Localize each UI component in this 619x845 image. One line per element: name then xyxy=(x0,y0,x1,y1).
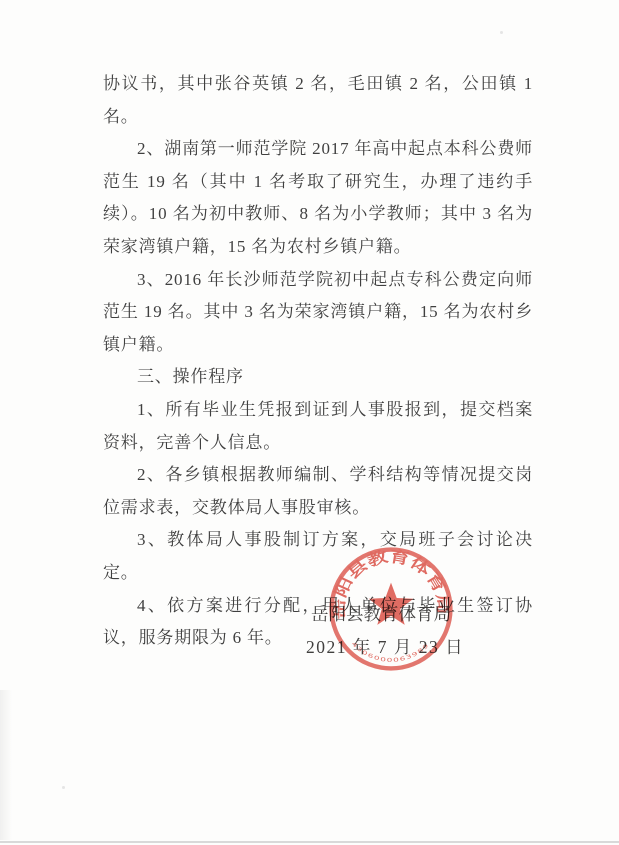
scanned-document-page: 协议书，其中张谷英镇 2 名，毛田镇 2 名，公田镇 1 名。 2、湖南第一师范… xyxy=(0,0,619,845)
body-paragraph: 1、所有毕业生凭报到证到人事股报到，提交档案资料，完善个人信息。 xyxy=(103,394,533,459)
official-seal: 岳阳县教育体育局 4306000063989 xyxy=(327,545,455,673)
star-icon xyxy=(369,583,413,625)
body-paragraph: 协议书，其中张谷英镇 2 名，毛田镇 2 名，公田镇 1 名。 xyxy=(103,68,533,133)
body-paragraph: 2、湖南第一师范学院 2017 年高中起点本科公费师范生 19 名（其中 1 名… xyxy=(103,133,533,263)
body-paragraph: 3、教体局人事股制订方案，交局班子会讨论决定。 xyxy=(103,524,533,589)
scan-noise xyxy=(62,786,65,789)
scan-noise xyxy=(0,841,619,843)
section-heading: 三、操作程序 xyxy=(103,361,533,394)
body-paragraph: 3、2016 年长沙师范学院初中起点专科公费定向师范生 19 名。其中 3 名为… xyxy=(103,264,533,362)
scan-noise xyxy=(500,31,503,34)
body-paragraph: 2、各乡镇根据教师编制、学科结构等情况提交岗位需求表，交教体局人事股审核。 xyxy=(103,459,533,524)
document-body: 协议书，其中张谷英镇 2 名，毛田镇 2 名，公田镇 1 名。 2、湖南第一师范… xyxy=(103,68,533,655)
scan-noise xyxy=(0,690,12,840)
